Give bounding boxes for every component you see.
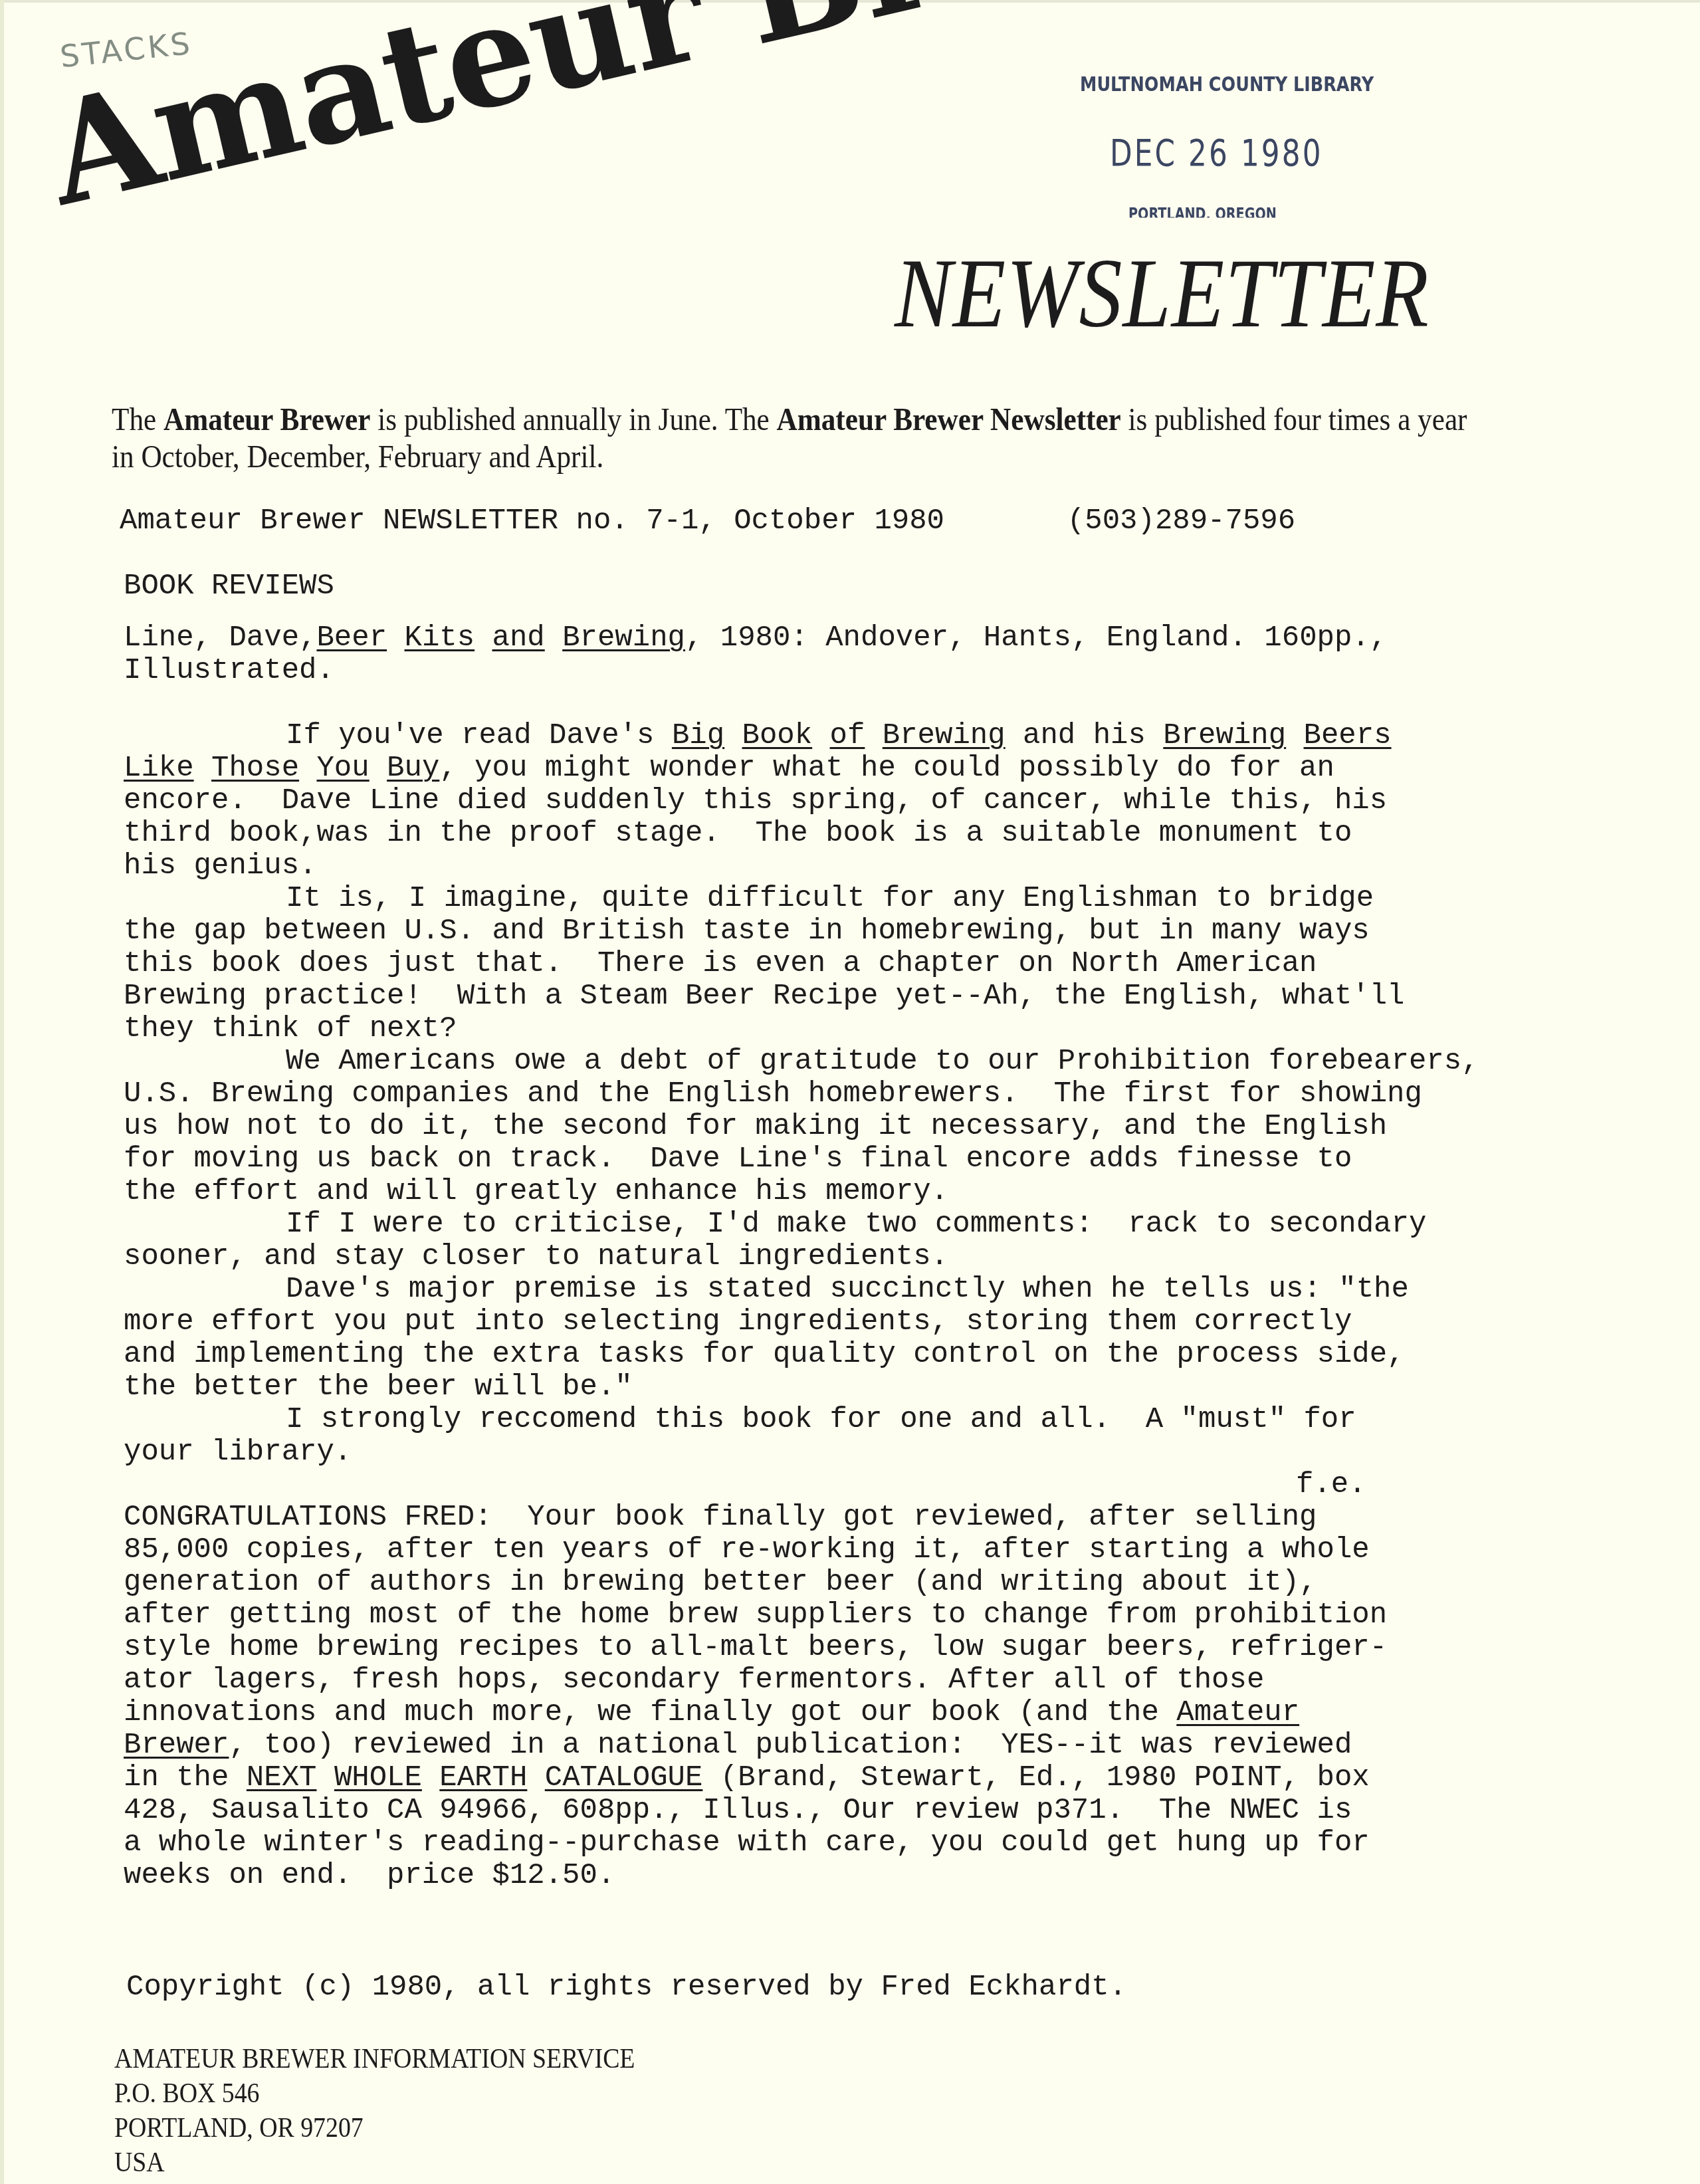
review-paragraph-line: for moving us back on track. Dave Line's… [124,1143,1479,1176]
review-paragraph-line: more effort you put into selecting ingre… [124,1306,1479,1339]
text-run [316,1761,334,1795]
underlined-title: Brewer [124,1729,229,1762]
text-run [724,719,742,752]
text-run: in the [124,1761,247,1795]
stamp-date: DEC 26 1980 [1110,132,1323,175]
review-citation: Illustrated. [124,655,1479,687]
text-run: weeks on end. price $12.50. [124,1859,615,1892]
underlined-title: Brewing [883,719,1006,752]
text-run: the effort and will greatly enhance his … [124,1175,948,1208]
underlined-title: Kits [404,621,475,655]
address-line: USA [114,2145,635,2180]
review-paragraph-line: Like Those You Buy, you might wonder wha… [124,752,1479,785]
review-paragraph-line: Dave's major premise is stated succinctl… [124,1273,1479,1306]
text-run: they think of next? [124,1012,457,1045]
issue-line: Amateur Brewer NEWSLETTER no. 7-1, Octob… [120,505,1295,538]
congratulations-line: weeks on end. price $12.50. [124,1860,1479,1892]
signature-line: f.e. [124,1469,1479,1501]
masthead-title: Amateur Brewer [35,0,1301,226]
underlined-title: Like [124,752,194,785]
text-run: third book,was in the proof stage. The b… [124,817,1352,850]
mailing-address: AMATEUR BREWER INFORMATION SERVICEP.O. B… [114,2042,635,2180]
review-paragraph-line: this book does just that. There is even … [124,948,1479,980]
congratulations-line: 428, Sausalito CA 94966, 608pp., Illus.,… [124,1795,1479,1827]
text-run [475,621,492,655]
newsletter-subtitle: NEWSLETTER [895,245,1430,343]
review-paragraph-line: and implementing the extra tasks for qua… [124,1339,1479,1371]
stamp-city: PORTLAND, OREGON [1128,205,1277,223]
review-paragraph-line: they think of next? [124,1013,1479,1045]
congratulations-line: 85,000 copies, after ten years of re-wor… [124,1534,1479,1567]
text-run: If I were to criticise, I'd make two com… [286,1208,1426,1241]
article-body: Line, Dave,Beer Kits and Brewing, 1980: … [124,622,1479,1892]
congratulations-line: a whole winter's reading--purchase with … [124,1827,1479,1860]
text-run: , too) reviewed in a national publicatio… [229,1729,1352,1762]
underlined-title: of [830,719,865,752]
text-run: and his [1006,719,1164,752]
page-left-edge [0,0,4,2184]
text-run: If you've read Dave's [286,719,672,752]
review-paragraph-line: Brewing practice! With a Steam Beer Reci… [124,980,1479,1013]
text-run: Line, Dave, [124,621,316,655]
review-paragraph-line: his genius. [124,850,1479,883]
underlined-title: NEXT [247,1761,317,1795]
text-run: this book does just that. There is even … [124,947,1317,980]
review-paragraph-line: If I were to criticise, I'd make two com… [124,1208,1479,1241]
address-line: AMATEUR BREWER INFORMATION SERVICE [114,2042,635,2076]
text-run [422,1761,439,1795]
text-run: , 1980: Andover, Hants, England. 160pp., [685,621,1387,655]
copyright-notice: Copyright (c) 1980, all rights reserved … [126,1971,1126,2004]
text-run: Illustrated. [124,654,334,687]
text-run: the gap between U.S. and British taste i… [124,915,1370,948]
congratulations-line: innovations and much more, we finally go… [124,1697,1479,1729]
text-run [299,752,316,785]
text-run: your library. [124,1436,352,1469]
congratulations-line: ator lagers, fresh hops, secondary ferme… [124,1664,1479,1697]
text-run [387,621,404,655]
text-run: 428, Sausalito CA 94966, 608pp., Illus.,… [124,1794,1352,1827]
intro-text: is published annually in June. The [370,402,776,437]
text-run: It is, I imagine, quite difficult for an… [286,882,1374,915]
text-run: ator lagers, fresh hops, secondary ferme… [124,1664,1264,1697]
publication-name: Amateur Brewer [163,402,370,437]
underlined-title: WHOLE [334,1761,422,1795]
underlined-title: Beer [316,621,387,655]
congratulations-line: after getting most of the home brew supp… [124,1599,1479,1632]
text-run: us how not to do it, the second for maki… [124,1110,1387,1143]
underlined-title: Brewing [562,621,685,655]
text-run [865,719,882,752]
text-run: 85,000 copies, after ten years of re-wor… [124,1533,1370,1567]
text-run: for moving us back on track. Dave Line's… [124,1143,1352,1176]
review-paragraph-line: your library. [124,1436,1479,1469]
text-run: Brewing practice! With a Steam Beer Reci… [124,980,1405,1013]
publication-name: Amateur Brewer Newsletter [777,402,1121,437]
underlined-title: Beers [1304,719,1392,752]
congratulations-line: CONGRATULATIONS FRED: Your book finally … [124,1501,1479,1534]
congratulations-line: Brewer, too) reviewed in a national publ… [124,1729,1479,1762]
publication-intro: The Amateur Brewer is published annually… [112,401,1487,476]
underlined-title: CATALOGUE [545,1761,703,1795]
review-paragraph-line: If you've read Dave's Big Book of Brewin… [124,720,1479,752]
text-run: more effort you put into selecting ingre… [124,1305,1352,1339]
section-heading: BOOK REVIEWS [124,570,334,603]
underlined-title: Brewing [1163,719,1286,752]
review-paragraph-line: We Americans owe a debt of gratitude to … [124,1045,1479,1078]
text-run: generation of authors in brewing better … [124,1566,1317,1599]
intro-text: The [112,402,163,437]
underlined-title: and [492,621,545,655]
text-run: and implementing the extra tasks for qua… [124,1338,1405,1371]
text-run: innovations and much more, we finally go… [124,1696,1176,1729]
text-run: I strongly reccomend this book for one a… [286,1403,1356,1436]
text-run: Dave's major premise is stated succinctl… [286,1273,1409,1306]
text-run [194,752,211,785]
text-run: the better the beer will be." [124,1370,633,1404]
address-line: P.O. BOX 546 [114,2076,635,2111]
review-paragraph-line: I strongly reccomend this book for one a… [124,1404,1479,1436]
text-run: style home brewing recipes to all-malt b… [124,1631,1387,1664]
text-run: sooner, and stay closer to natural ingre… [124,1240,948,1273]
review-paragraph-line: encore. Dave Line died suddenly this spr… [124,785,1479,818]
congratulations-line: in the NEXT WHOLE EARTH CATALOGUE (Brand… [124,1762,1479,1795]
review-citation: Line, Dave,Beer Kits and Brewing, 1980: … [124,622,1479,655]
text-run [370,752,387,785]
text-run: his genius. [124,849,316,883]
review-paragraph-line: U.S. Brewing companies and the English h… [124,1078,1479,1111]
address-line: PORTLAND, OR 97207 [114,2111,635,2145]
text-run: CONGRATULATIONS FRED: Your book finally … [124,1501,1317,1534]
text-run [527,1761,544,1795]
review-paragraph-line: sooner, and stay closer to natural ingre… [124,1241,1479,1273]
text-run: We Americans owe a debt of gratitude to … [286,1045,1479,1078]
review-paragraph-line: the effort and will greatly enhance his … [124,1176,1479,1208]
underlined-title: You [316,752,369,785]
underlined-title: Book [742,719,813,752]
spacer [124,687,1479,720]
text-run: , you might wonder what he could possibl… [439,752,1334,785]
text-run [545,621,562,655]
review-paragraph-line: the gap between U.S. and British taste i… [124,915,1479,948]
text-run: U.S. Brewing companies and the English h… [124,1077,1422,1111]
text-run: a whole winter's reading--purchase with … [124,1826,1370,1860]
text-run [1286,719,1303,752]
issue-number: Amateur Brewer NEWSLETTER no. 7-1, Octob… [120,504,944,538]
text-run [812,719,829,752]
review-paragraph-line: us how not to do it, the second for maki… [124,1111,1479,1143]
text-run: (Brand, Stewart, Ed., 1980 POINT, box [702,1761,1369,1795]
underlined-title: Buy [387,752,439,785]
congratulations-line: generation of authors in brewing better … [124,1567,1479,1599]
underlined-title: Amateur [1176,1696,1299,1729]
review-paragraph-line: the better the beer will be." [124,1371,1479,1404]
text-run: after getting most of the home brew supp… [124,1598,1387,1632]
underlined-title: Those [211,752,299,785]
review-signature: f.e. [1296,1468,1366,1501]
text-run: encore. Dave Line died suddenly this spr… [124,784,1387,818]
stamp-library-name: MULTNOMAH COUNTY LIBRARY [1080,73,1374,96]
phone-number: (503)289-7596 [1067,504,1295,538]
underlined-title: Big [672,719,724,752]
underlined-title: EARTH [439,1761,527,1795]
congratulations-line: style home brewing recipes to all-malt b… [124,1632,1479,1664]
review-paragraph-line: It is, I imagine, quite difficult for an… [124,883,1479,915]
review-paragraph-line: third book,was in the proof stage. The b… [124,818,1479,850]
